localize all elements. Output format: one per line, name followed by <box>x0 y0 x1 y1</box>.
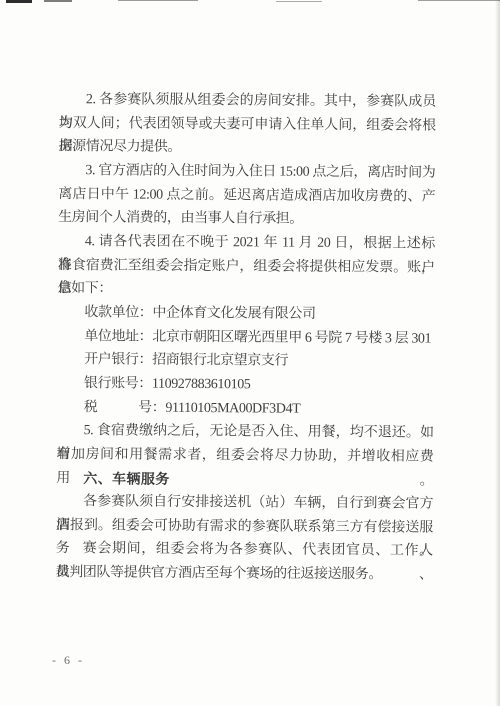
document-line: 生房间个人消费的，由当事人自行承担。 <box>58 206 435 232</box>
scan-artifact-top-line <box>0 0 500 3</box>
document-line: 息如下： <box>58 277 435 303</box>
document-line: 2. 各参赛队须服从组委会的房间安排。其中，参赛队成员均 <box>59 88 436 114</box>
document-line: 房源情况尽力提供。 <box>59 135 436 161</box>
document-line: 5. 食宿费缴纳之后，无论是否入住、用餐，均不退还。如有 <box>57 419 434 445</box>
document-line: 4. 请各代表团在不晚于 2021 年 11 月 20 日，根据上述标准， <box>58 230 435 256</box>
document-page: 2. 各参赛队须服从组委会的房间安排。其中，参赛队成员均为双人间；代表团领导或夫… <box>0 0 500 706</box>
document-line: 裁判团队等提供官方酒店至每个赛场的往返接送服务。 <box>56 561 433 587</box>
document-line: 开户银行：招商银行北京望京支行 <box>57 348 434 374</box>
document-body: 2. 各参赛队须服从组委会的房间安排。其中，参赛队成员均为双人间；代表团领导或夫… <box>56 88 436 587</box>
document-line: 税 号：91110105MA00DF3D4T <box>57 396 434 422</box>
document-line: 店报到。组委会可协助有需求的参赛队联系第三方有偿接送服务。 <box>56 514 433 540</box>
document-line: 离店日中午 12:00 点之前。延迟离店造成酒店加收房费的、产 <box>58 183 435 209</box>
document-line: 将食宿费汇至组委会指定账户，组委会将提供相应发票。账户信 <box>58 254 435 280</box>
document-line: 单位地址：北京市朝阳区曙光西里甲 6 号院 7 号楼 3 层 301 <box>57 325 434 351</box>
document-line: 各参赛队须自行安排接送机（站）车辆，自行到赛会官方酒 <box>56 490 433 516</box>
document-line: 增加房间和用餐需求者，组委会将尽力协助，并增收相应费用。 <box>56 443 433 469</box>
document-line: 赛会期间，组委会将为各参赛队、代表团官员、工作人员、 <box>56 537 433 563</box>
document-line: 银行账号：110927883610105 <box>57 372 434 398</box>
page-number: - 6 - <box>52 653 85 668</box>
document-line: 收款单位：中企体育文化发展有限公司 <box>57 301 434 327</box>
document-line: 为双人间；代表团领导或夫妻可申请入住单人间，组委会将根据 <box>59 112 436 138</box>
scan-artifact-right-edge <box>495 0 500 706</box>
document-line: 3. 官方酒店的入住时间为入住日 15:00 点之后，离店时间为 <box>58 159 435 185</box>
